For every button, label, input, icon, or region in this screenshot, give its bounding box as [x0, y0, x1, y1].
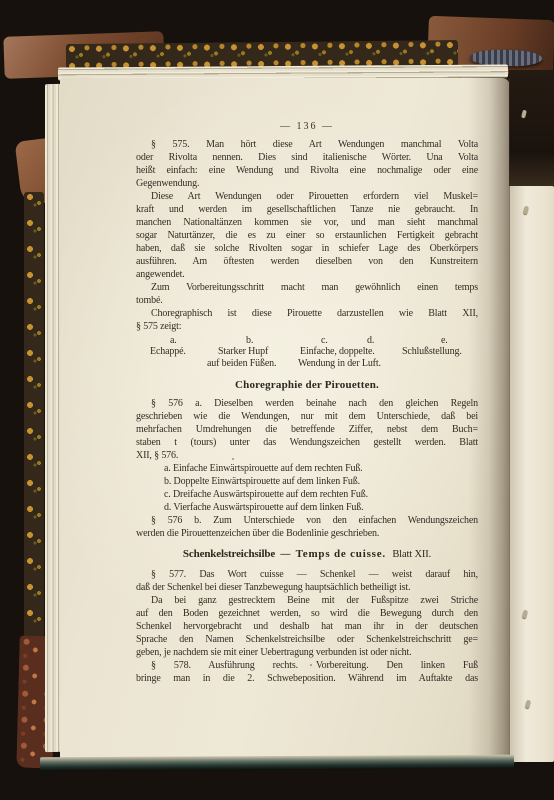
paragraph-578: § 578. Ausführung rechts. Vorbereitung. …	[136, 659, 478, 685]
notation-diagram-labels: a. b. c. d. e. Echappé. Starker Hupf Ein…	[136, 334, 478, 371]
text-line: § 576 a. Dieselben werden beinahe nach d…	[136, 397, 478, 410]
text-line: sogar Naturtänzer, die es zu einer so er…	[136, 229, 478, 242]
text-line: Gegenwendung.	[136, 177, 478, 190]
text-line: § 576 b. Zum Unterschiede von den einfac…	[136, 514, 478, 527]
heading-dash: —	[277, 549, 293, 560]
text-line: Sprache den Namen Schenkelstreichsilbe o…	[136, 633, 478, 646]
text-line: mehrfachen Umdrehungen die betreffende Z…	[136, 423, 478, 436]
paragraph-choregraphisch: Choregraphisch ist diese Pirouette darzu…	[136, 307, 478, 333]
marbled-edge-left	[24, 192, 44, 672]
text-line: ausführen. Am öftesten werden dieselben …	[136, 255, 478, 268]
paragraph-575: § 575. Man hört diese Art Wendungen manc…	[136, 138, 478, 190]
text-line: haben, daß sie solche Rivolten sogar in …	[136, 242, 478, 255]
text-line: § 575. Man hört diese Art Wendungen manc…	[136, 138, 478, 151]
text-line: tombé.	[136, 294, 478, 307]
text-line: oder Rivolta nennen. Dies sind italienis…	[136, 151, 478, 164]
paragraph-temps-tombe: Zum Vorbereitungsschritt macht man gewöh…	[136, 281, 478, 307]
running-head-page-number: — 136 —	[136, 120, 478, 133]
list-item: a. Einfache Einwärtspirouette auf dem re…	[136, 462, 478, 475]
page-text: — 136 — § 575. Man hört diese Art Wendun…	[136, 120, 478, 685]
text-line: heißt einfach: eine Wendung und Rivolta …	[136, 164, 478, 177]
list-item: d. Vierfache Auswärtspirouette auf dem l…	[136, 501, 478, 514]
text-line: Da bei ganz gestrecktem Beine mit der Fu…	[136, 594, 478, 607]
paragraph-576a: § 576 a. Dieselben werden beinahe nach d…	[136, 397, 478, 462]
text-line: auf den Boden gezeichnet werden, so wird…	[136, 607, 478, 620]
diagram-label-fuessen: auf beiden Füßen.	[207, 357, 276, 370]
text-line: XII, § 576.	[136, 449, 478, 462]
heading-german-part: Schenkelstreichsilbe	[183, 548, 275, 560]
page-edges-left	[45, 84, 61, 752]
text-line: werden die Pirouettenzeichen über die Bo…	[136, 527, 478, 540]
text-line: § 578. Ausführung rechts. Vorbereitung. …	[136, 659, 478, 672]
book-bottom-edge	[40, 755, 514, 771]
text-line: manchen Nationaltänzen kommen sie vor, u…	[136, 216, 478, 229]
spine-inner-shadow	[509, 70, 554, 188]
text-line: § 577. Das Wort cuisse — Schenkel — weis…	[136, 568, 478, 581]
text-line: Zum Vorbereitungsschritt macht man gewöh…	[136, 281, 478, 294]
text-line: kraft und werden im gesellschaftlichen T…	[136, 203, 478, 216]
heading-french-part: Temps de cuisse.	[296, 548, 386, 560]
diagram-label-wendung-2: Wendung in der Luft.	[298, 357, 381, 370]
heading-blatt-reference: Blatt XII.	[388, 549, 431, 560]
text-line: Schenkel hervorgebracht und deshalb hat …	[136, 620, 478, 633]
pirouette-list: a. Einfache Einwärtspirouette auf dem re…	[136, 462, 478, 514]
section-heading-schenkelstreichsilbe: Schenkelstreichsilbe — Temps de cuisse. …	[136, 548, 478, 561]
paragraph-577: § 577. Das Wort cuisse — Schenkel — weis…	[136, 568, 478, 594]
text-line: angewendet.	[136, 268, 478, 281]
paragraph-576b: § 576 b. Zum Unterschiede von den einfac…	[136, 514, 478, 540]
text-line: staben t (tours) unter das Wendungszeich…	[136, 436, 478, 449]
text-line: bringe man in die 2. Schwebeposition. Wä…	[136, 672, 478, 685]
paragraph-575b: Diese Art Wendungen oder Pirouetten erfo…	[136, 190, 478, 281]
text-line: geschrieben wie die Wendungen, nur mit d…	[136, 410, 478, 423]
text-line: geben, je nachdem sie mit einer Uebertra…	[136, 646, 478, 659]
text-line: Choregraphisch ist diese Pirouette darzu…	[136, 307, 478, 320]
text-line: Diese Art Wendungen oder Pirouetten erfo…	[136, 190, 478, 203]
list-item: b. Doppelte Einwärtspirouette auf dem li…	[136, 475, 478, 488]
facing-page-sliver	[509, 186, 554, 762]
text-line: § 575 zeigt:	[136, 320, 478, 333]
text-line: daß der Schenkel bei dieser Tanzbewegung…	[136, 581, 478, 594]
list-item: c. Dreifache Auswärtspirouette auf dem r…	[136, 488, 478, 501]
diagram-label-schluss: Schlußstellung.	[402, 345, 462, 358]
paragraph-577b: Da bei ganz gestrecktem Beine mit der Fu…	[136, 594, 478, 659]
section-heading-choregraphie: Choregraphie der Pirouetten.	[136, 379, 478, 392]
diagram-label-echappe: Echappé.	[150, 345, 186, 358]
